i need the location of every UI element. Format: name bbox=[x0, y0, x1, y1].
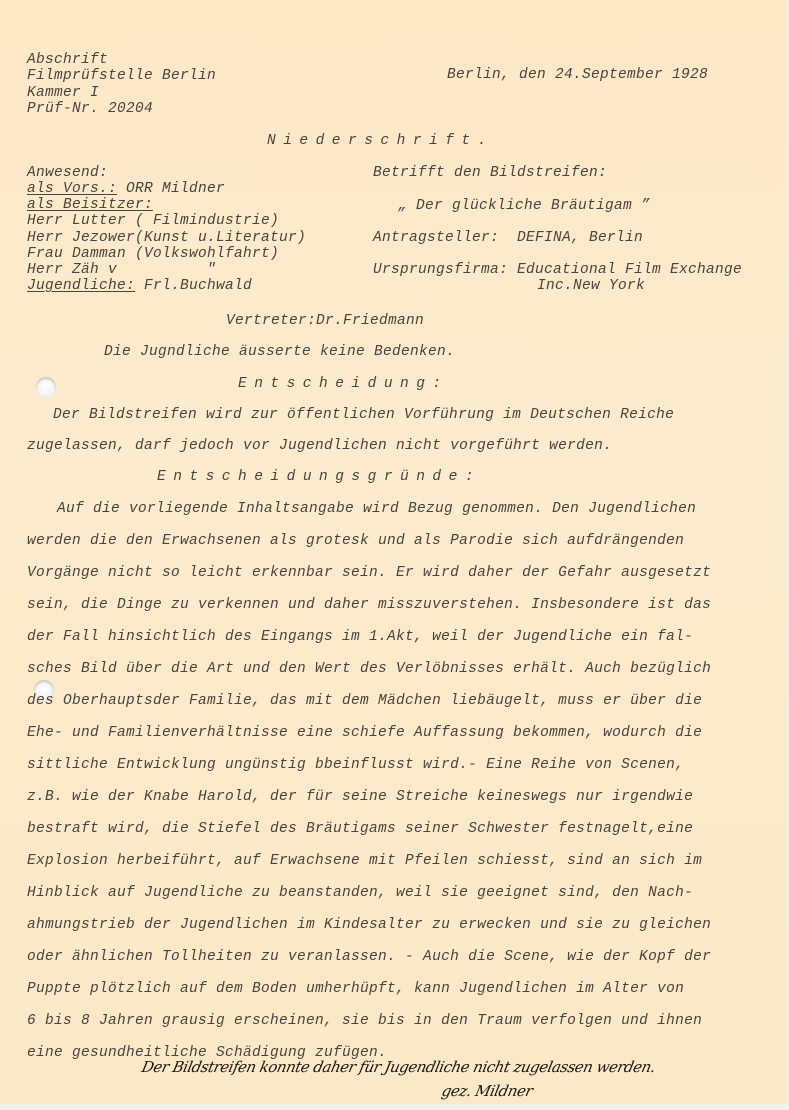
reasons-line: Hinblick auf Jugendliche zu beanstanden,… bbox=[27, 885, 693, 901]
film-title: „ Der glückliche Bräutigam ” bbox=[398, 198, 650, 214]
reasons-line: 6 bis 8 Jahren grausig erscheinen, sie b… bbox=[27, 1013, 702, 1029]
document-title: Niederschrift. bbox=[267, 133, 494, 149]
reasons-line: oder ähnlichen Tollheiten zu veranlassen… bbox=[27, 949, 711, 965]
office-name: Filmprüfstelle Berlin bbox=[27, 68, 216, 84]
decision-line: zugelassen, darf jedoch vor Jugendlichen… bbox=[27, 438, 612, 454]
reasons-line: ahmungstrieb der Jugendlichen im Kindesa… bbox=[27, 917, 711, 933]
page-edge-bottom bbox=[0, 1104, 789, 1110]
decision-line: Der Bildstreifen wird zur öffentlichen V… bbox=[53, 407, 674, 423]
handwritten-note: Der Bildstreifen konnte daher für Jugend… bbox=[140, 1058, 657, 1076]
origin-firm-location: Inc.New York bbox=[537, 278, 645, 294]
exam-number: Prüf-Nr. 20204 bbox=[27, 101, 153, 117]
handwritten-signature: gez. Mildner bbox=[440, 1082, 534, 1100]
reasons-line: Auf die vorliegende Inhaltsangabe wird B… bbox=[57, 501, 696, 517]
origin-firm: Ursprungsfirma: Educational Film Exchang… bbox=[373, 262, 742, 278]
reasons-line: des Oberhauptsder Familie, das mit dem M… bbox=[27, 693, 702, 709]
chair-line: als Vors.: ORR Mildner bbox=[27, 181, 225, 197]
punch-hole bbox=[36, 377, 56, 397]
reasons-line: z.B. wie der Knabe Harold, der für seine… bbox=[27, 789, 693, 805]
youth-label: Jugendliche: bbox=[27, 278, 135, 294]
reasons-line: sches Bild über die Art und den Wert des… bbox=[27, 661, 711, 677]
place-date: Berlin, den 24.September 1928 bbox=[447, 67, 708, 83]
chair-name: ORR Mildner bbox=[117, 181, 225, 197]
decision-heading: Entscheidung: bbox=[238, 376, 449, 392]
assessors-label: als Beisitzer: bbox=[27, 197, 153, 213]
applicant: Antragsteller: DEFINA, Berlin bbox=[373, 230, 643, 246]
youth-line: Jugendliche: Frl.Buchwald bbox=[27, 278, 252, 294]
reasons-line: Vorgänge nicht so leicht erkennbar sein.… bbox=[27, 565, 711, 581]
assessor: Herr Zäh v " bbox=[27, 262, 216, 278]
assessor: Herr Lutter ( Filmindustrie) bbox=[27, 213, 279, 229]
representative: Vertreter:Dr.Friedmann bbox=[226, 313, 424, 329]
reasons-line: werden die den Erwachsenen als grotesk u… bbox=[27, 533, 684, 549]
reasons-line: Ehe- und Familienverhältnisse eine schie… bbox=[27, 725, 702, 741]
chamber: Kammer I bbox=[27, 85, 99, 101]
assessor: Frau Damman (Volkswohlfahrt) bbox=[27, 246, 279, 262]
reasons-line: der Fall hinsichtlich des Eingangs im 1.… bbox=[27, 629, 693, 645]
reasons-heading: Entscheidungsgründe: bbox=[157, 469, 481, 485]
subject-label: Betrifft den Bildstreifen: bbox=[373, 165, 607, 181]
reasons-line: Puppte plötzlich auf dem Boden umherhüpf… bbox=[27, 981, 684, 997]
copy-note: Abschrift bbox=[27, 52, 108, 68]
attendees-label: Anwesend: bbox=[27, 165, 108, 181]
youth-name: Frl.Buchwald bbox=[135, 278, 252, 294]
page-edge bbox=[783, 0, 789, 1110]
reasons-line: sein, die Dinge zu verkennen und daher m… bbox=[27, 597, 711, 613]
youth-statement: Die Jugndliche äusserte keine Bedenken. bbox=[104, 344, 455, 360]
chair-label: als Vors.: bbox=[27, 181, 117, 197]
reasons-line: sittliche Entwicklung ungünstig bbeinflu… bbox=[27, 757, 684, 773]
assessor: Herr Jezower(Kunst u.Literatur) bbox=[27, 230, 306, 246]
reasons-line: bestraft wird, die Stiefel des Bräutigam… bbox=[27, 821, 693, 837]
reasons-line: Explosion herbeiführt, auf Erwachsene mi… bbox=[27, 853, 702, 869]
